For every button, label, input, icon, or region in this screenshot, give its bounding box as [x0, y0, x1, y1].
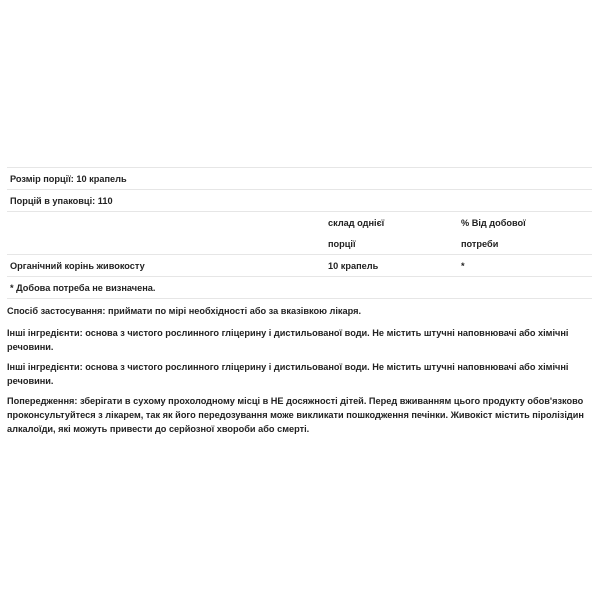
ingredient-amount: 10 крапель: [325, 255, 458, 277]
footnote: * Добова потреба не визначена.: [7, 277, 592, 299]
serving-size-row: Розмір порції: 10 крапель: [7, 168, 592, 190]
supplement-facts-table: Розмір порції: 10 крапель Порцій в упако…: [7, 167, 592, 299]
table-row: Органічний корінь живокосту 10 крапель *: [7, 255, 592, 277]
ingredient-name: Органічний корінь живокосту: [7, 255, 325, 277]
header-empty-2: [7, 233, 325, 255]
header-amount-2: порції: [325, 233, 458, 255]
product-notes: Спосіб застосування: приймати по мірі не…: [7, 304, 592, 442]
other-ingredients-text: Інші інгредієнти: основа з чистого росли…: [7, 326, 592, 354]
supplement-facts: Розмір порції: 10 крапель Порцій в упако…: [7, 167, 592, 299]
warning-text: Попередження: зберігати в сухому прохоло…: [7, 394, 592, 436]
footnote-row: * Добова потреба не визначена.: [7, 277, 592, 299]
other-ingredients-text-duplicate: Інші інгредієнти: основа з чистого росли…: [7, 360, 592, 388]
servings-per-container-row: Порцій в упаковці: 110: [7, 190, 592, 212]
usage-text: Спосіб застосування: приймати по мірі не…: [7, 304, 592, 318]
servings-per-container: Порцій в упаковці: 110: [7, 190, 592, 212]
table-header-row-2: порції потреби: [7, 233, 592, 255]
header-daily-value-2: потреби: [458, 233, 592, 255]
ingredient-daily-value: *: [458, 255, 592, 277]
header-daily-value: % Від добової: [458, 212, 592, 234]
header-amount: склад однієї: [325, 212, 458, 234]
serving-size: Розмір порції: 10 крапель: [7, 168, 592, 190]
header-empty: [7, 212, 325, 234]
table-header-row: склад однієї % Від добової: [7, 212, 592, 234]
